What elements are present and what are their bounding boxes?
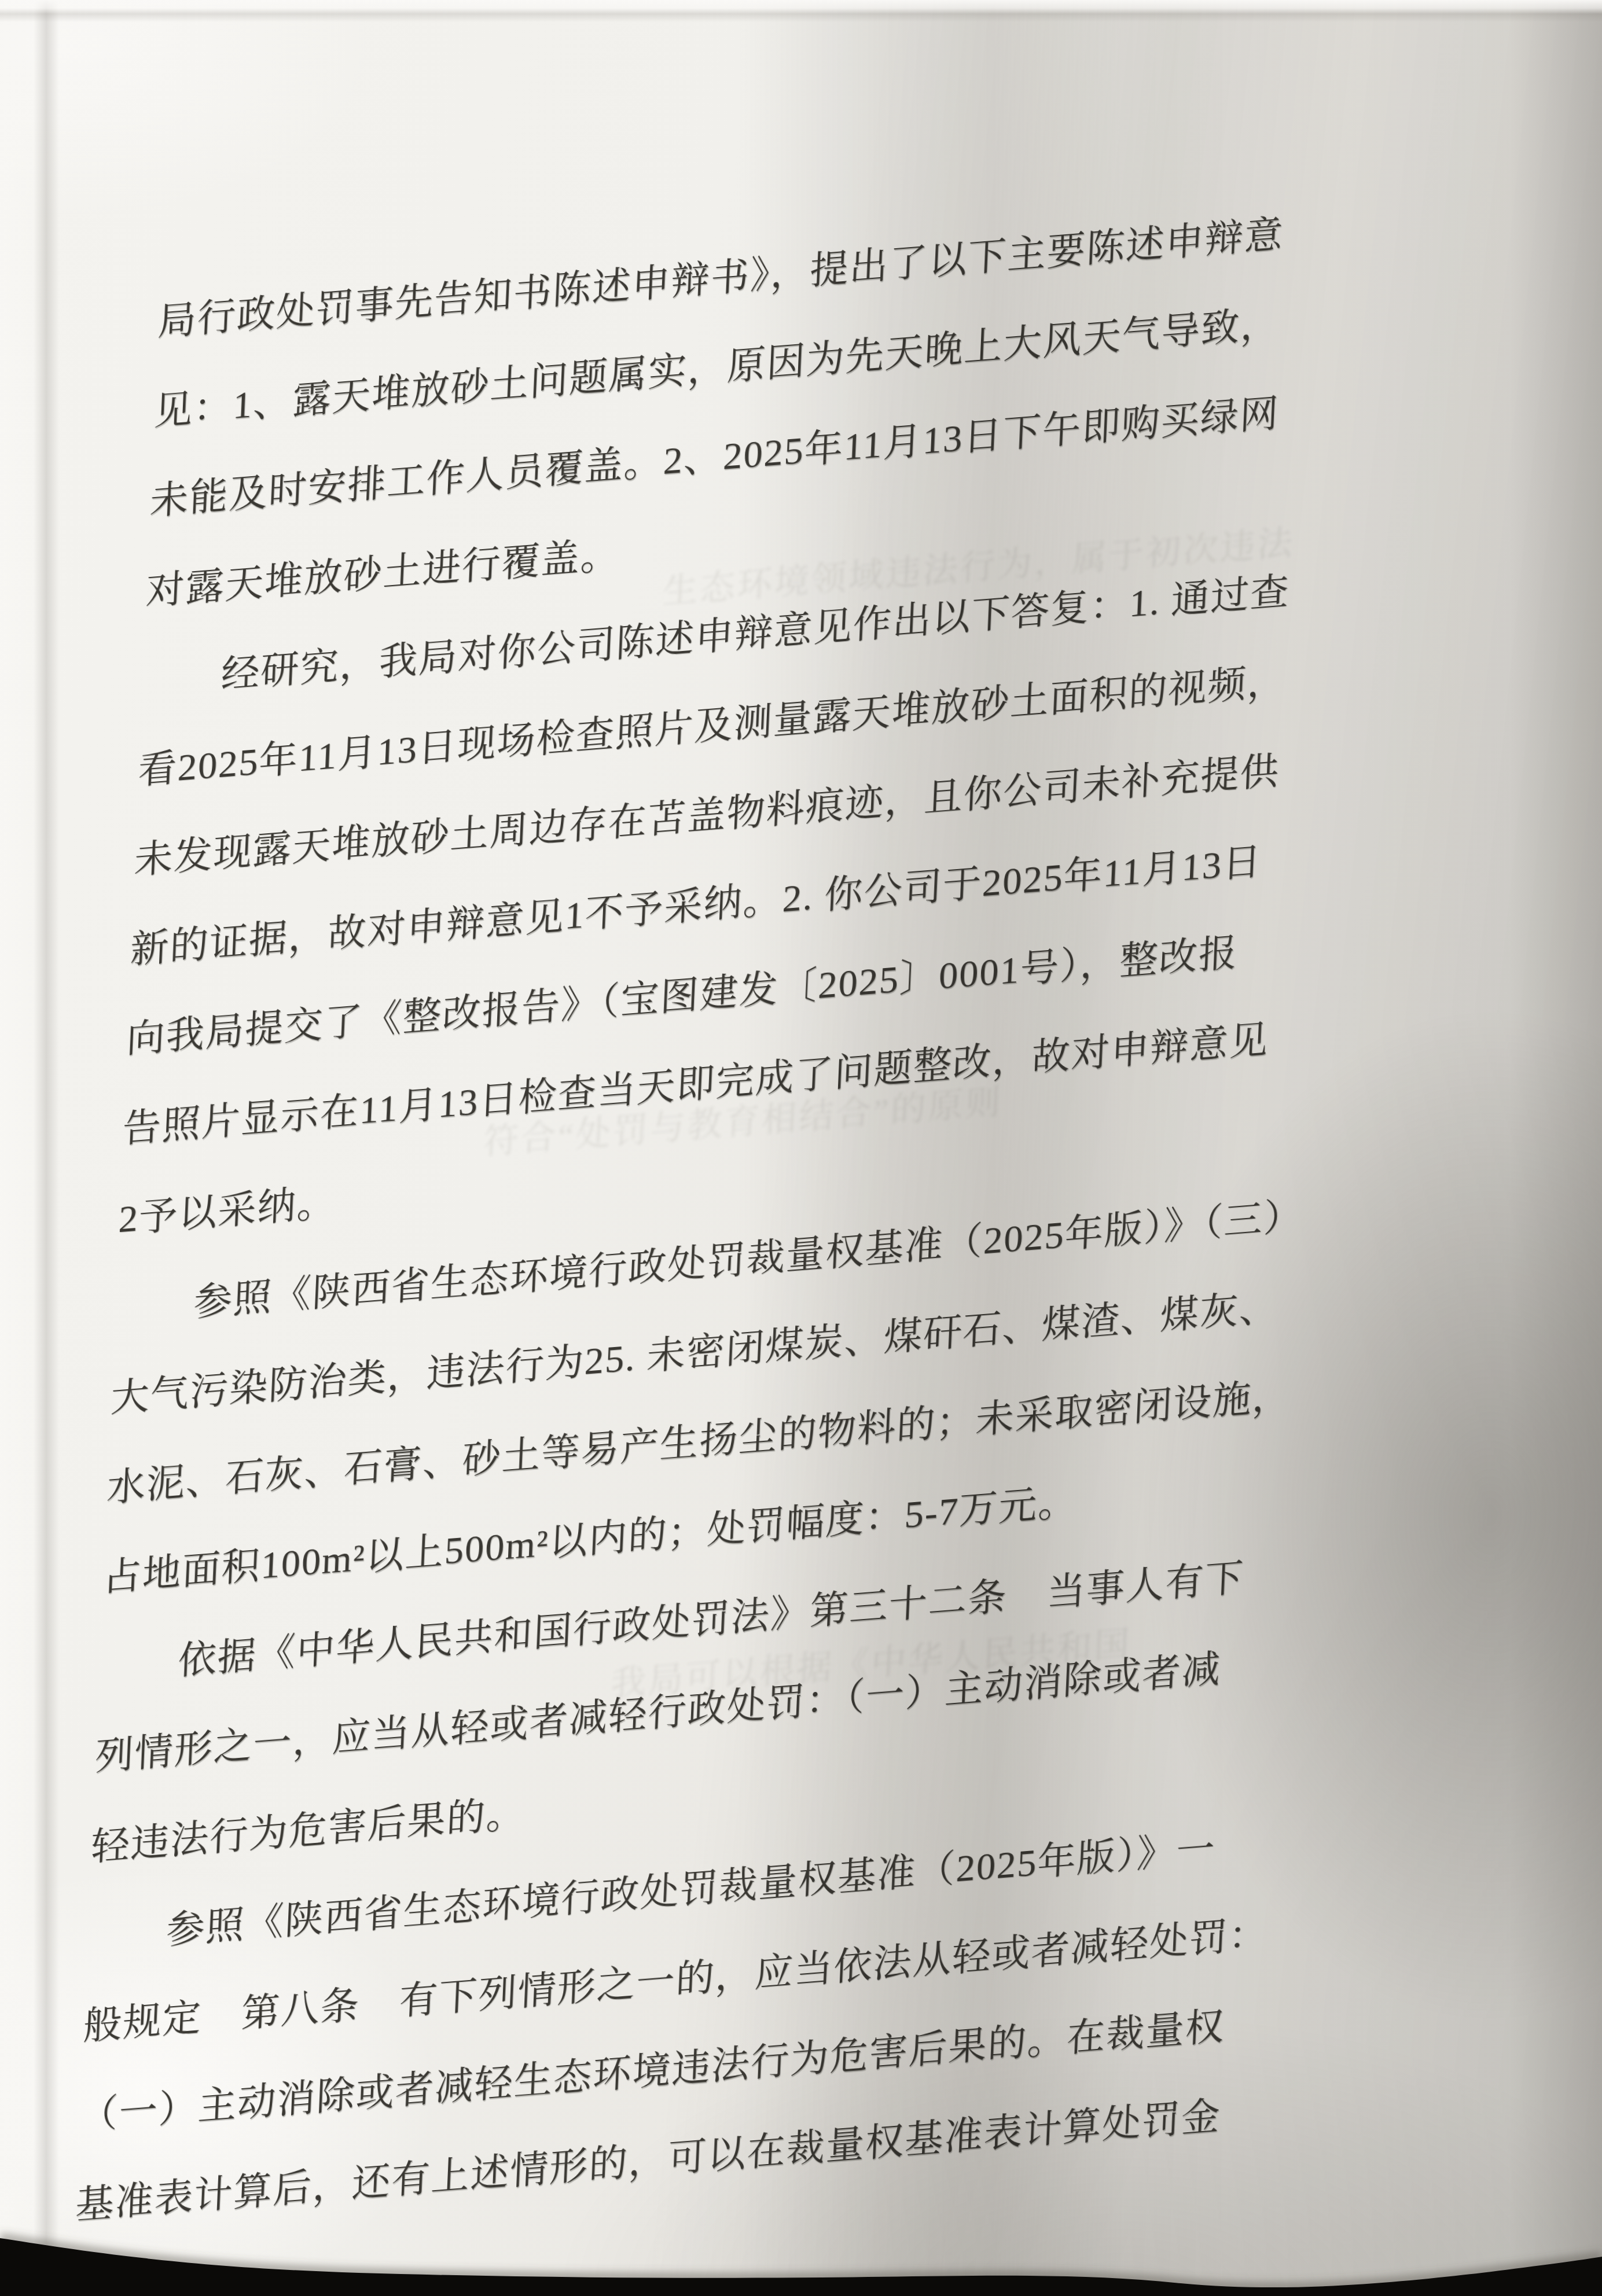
photographed-document-page: 局行政处罚事先告知书陈述申辩书》，提出了以下主要陈述申辩意 见：1、露天堆放砂土… <box>0 0 1602 2296</box>
table-edge-shadow <box>0 2238 1602 2287</box>
document-text-block: 局行政处罚事先告知书陈述申辩书》，提出了以下主要陈述申辩意 见：1、露天堆放砂土… <box>74 180 1408 2251</box>
table-surface <box>0 2238 1602 2296</box>
